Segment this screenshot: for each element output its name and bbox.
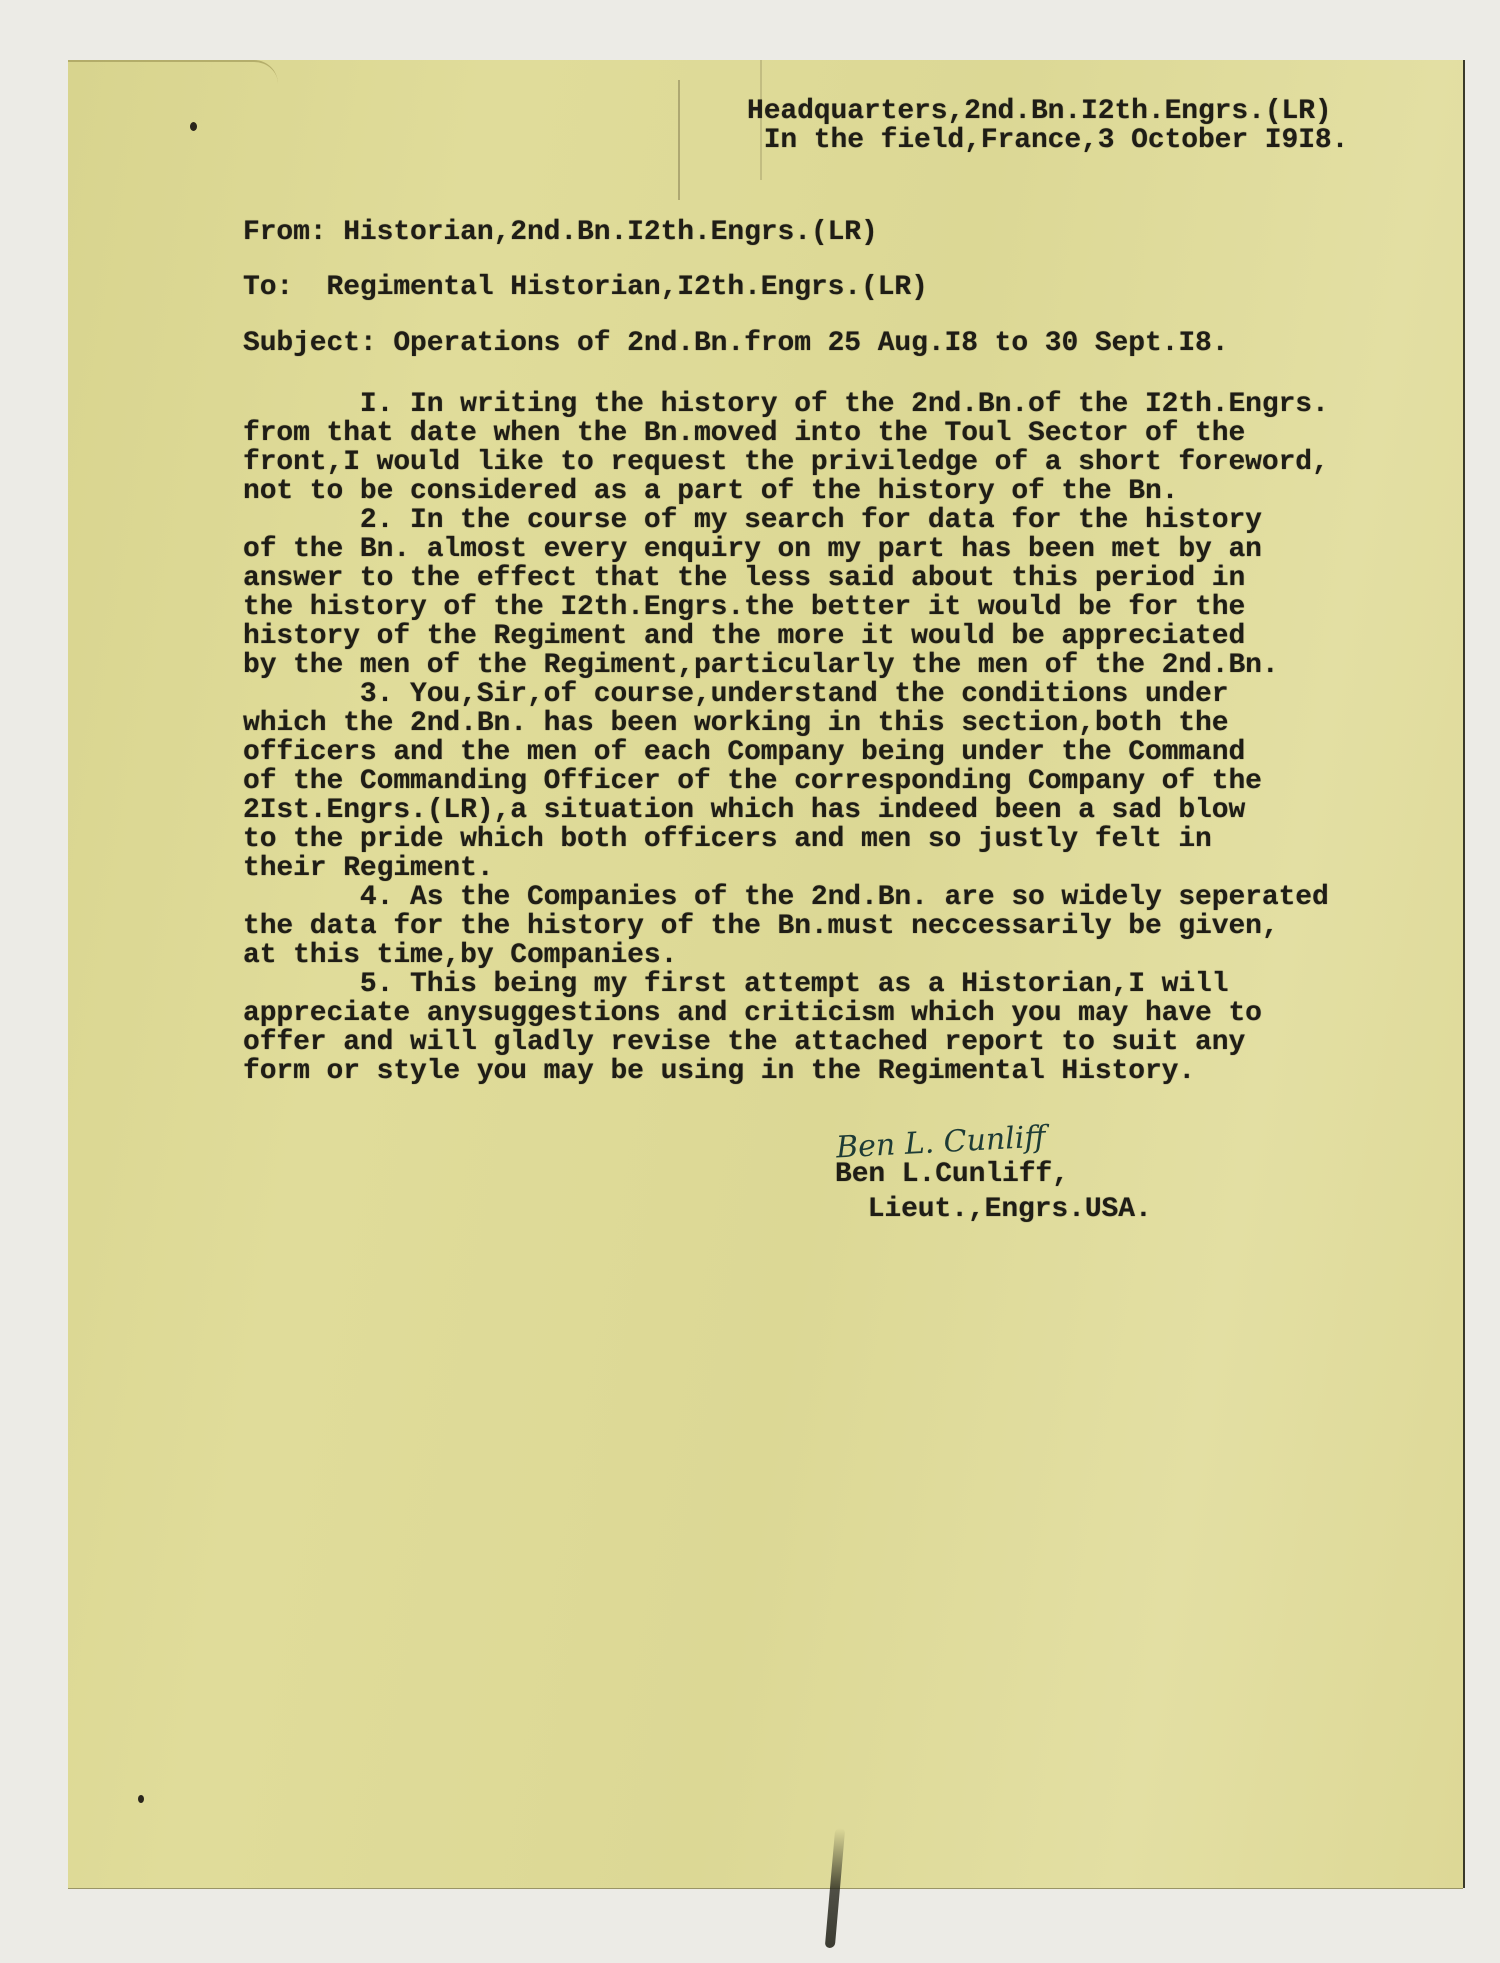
body-line: front,I would like to request the privil… (243, 448, 1329, 477)
ink-smudge (825, 1828, 845, 1948)
body-line: at this time,by Companies. (243, 941, 1329, 970)
body-line: the history of the I2th.Engrs.the better… (243, 593, 1329, 622)
body-line: their Regiment. (243, 854, 1329, 883)
subject-value: Operations of 2nd.Bn.from 25 Aug.I8 to 3… (393, 328, 1228, 359)
body-line: 3. You,Sir,of course,understand the cond… (243, 680, 1329, 709)
body-line: I. In writing the history of the 2nd.Bn.… (243, 390, 1329, 419)
body-line: not to be considered as a part of the hi… (243, 477, 1329, 506)
body-line: answer to the effect that the less said … (243, 564, 1329, 593)
memo-to: To: Regimental Historian,I2th.Engrs.(LR) (243, 273, 928, 302)
letter-body: I. In writing the history of the 2nd.Bn.… (243, 390, 1329, 1086)
body-line: which the 2nd.Bn. has been working in th… (243, 709, 1329, 738)
from-value: Historian,2nd.Bn.I2th.Engrs.(LR) (343, 217, 878, 248)
body-line: officers and the men of each Company bei… (243, 738, 1329, 767)
body-line: to the pride which both officers and men… (243, 825, 1329, 854)
body-line: by the men of the Regiment,particularly … (243, 651, 1329, 680)
to-label: To: (243, 272, 293, 303)
body-line: 5. This being my first attempt as a Hist… (243, 970, 1329, 999)
to-value: Regimental Historian,I2th.Engrs.(LR) (327, 272, 928, 303)
body-line: form or style you may be using in the Re… (243, 1057, 1329, 1086)
body-line: offer and will gladly revise the attache… (243, 1028, 1329, 1057)
body-line: the data for the history of the Bn.must … (243, 912, 1329, 941)
header-line-2: In the field,France,3 October I9I8. (747, 125, 1348, 156)
letterhead: Headquarters,2nd.Bn.I2th.Engrs.(LR) In t… (747, 97, 1348, 155)
body-line: of the Bn. almost every enquiry on my pa… (243, 535, 1329, 564)
ink-spot-mark (138, 1795, 144, 1803)
from-label: From: (243, 217, 327, 248)
subject-label: Subject: (243, 328, 377, 359)
body-line: of the Commanding Officer of the corresp… (243, 767, 1329, 796)
paper-fold (678, 80, 680, 200)
body-line: 2. In the course of my search for data f… (243, 506, 1329, 535)
pin-hole-mark (190, 122, 197, 131)
body-line: appreciate anysuggestions and criticism … (243, 999, 1329, 1028)
memo-from: From: Historian,2nd.Bn.I2th.Engrs.(LR) (243, 218, 878, 247)
body-line: 4. As the Companies of the 2nd.Bn. are s… (243, 883, 1329, 912)
body-line: 2Ist.Engrs.(LR),a situation which has in… (243, 796, 1329, 825)
body-line: history of the Regiment and the more it … (243, 622, 1329, 651)
paper-crease (68, 60, 278, 84)
memo-subject: Subject: Operations of 2nd.Bn.from 25 Au… (243, 329, 1228, 358)
body-line: from that date when the Bn.moved into th… (243, 419, 1329, 448)
signer-title: Lieut.,Engrs.USA. (851, 1195, 1152, 1224)
signer-name: Ben L.Cunliff, (835, 1160, 1069, 1189)
header-line-1: Headquarters,2nd.Bn.I2th.Engrs.(LR) (747, 96, 1332, 127)
